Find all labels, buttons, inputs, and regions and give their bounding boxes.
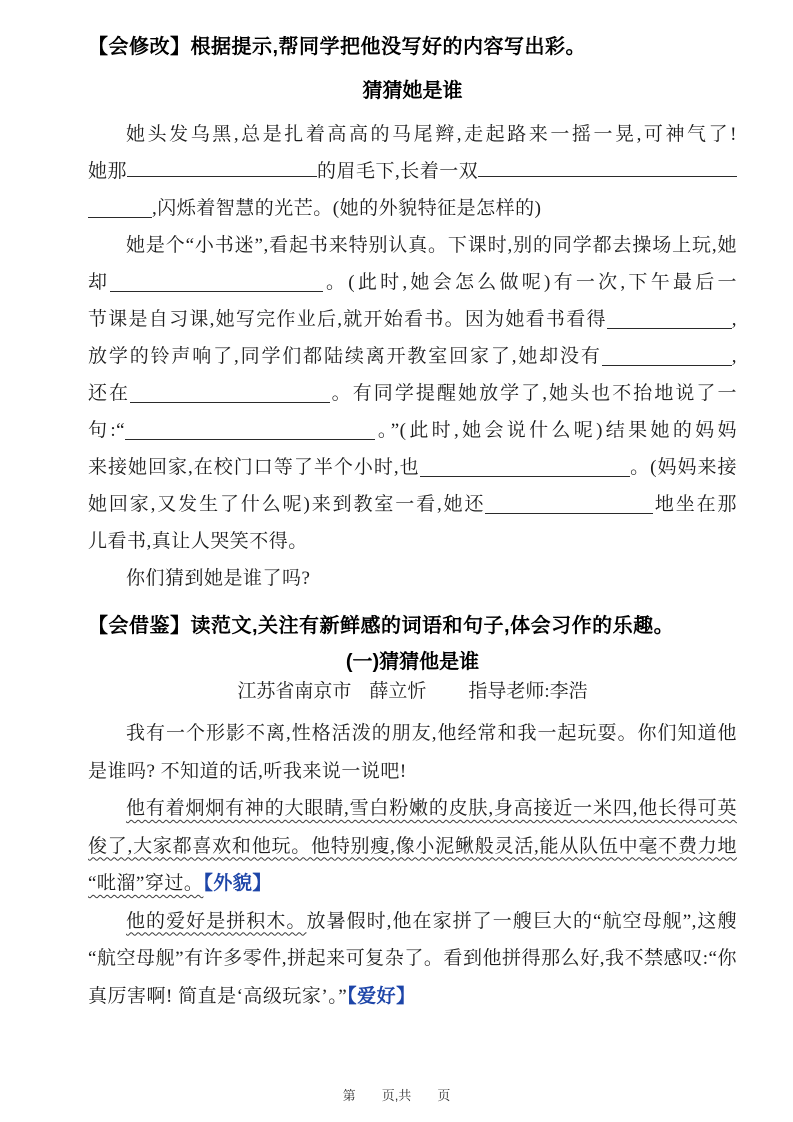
page-footer: 第页,共页 xyxy=(0,1085,793,1104)
blank-line xyxy=(110,290,323,292)
essay-text: 她那 xyxy=(88,153,127,190)
essay-line: 还在。有同学提醒她放学了,她头也不抬地说了一 xyxy=(88,375,737,412)
essay-line: 儿看书,真让人哭笑不得。 xyxy=(88,523,737,560)
essay-text: 节课是自习课,她写完作业后,就开始看书。因为她看书看得 xyxy=(88,309,607,330)
byline-place: 江苏省南京市 xyxy=(237,681,351,702)
tag-appearance: 【外貌】 xyxy=(203,873,272,894)
blank-line xyxy=(602,364,732,366)
essay-text: 。”(此时,她会说什么呢)结果她的妈妈 xyxy=(375,420,737,441)
blank-line xyxy=(420,475,630,477)
blank-line xyxy=(88,216,152,218)
worksheet-page: 【会修改】根据提示,帮同学把他没写好的内容写出彩。 猜猜她是谁 她头发乌黑,总是… xyxy=(0,0,793,1122)
section2-header: 【会借鉴】读范文,关注有新鲜感的词语和句子,体会习作的乐趣。 xyxy=(88,611,737,641)
essay-line: 却。(此时,她会怎么做呢)有一次,下午最后一 xyxy=(88,264,737,301)
essay-line: 她回家,又发生了什么呢)来到教室一看,她还地坐在那 xyxy=(88,486,737,523)
model-paragraph-intro: 我有一个形影不离,性格活泼的朋友,他经常和我一起玩耍。你们知道他是谁吗? 不知道… xyxy=(88,715,737,790)
essay-line: 她那的眉毛下,长着一双 xyxy=(88,153,737,190)
blank-line xyxy=(607,327,732,329)
essay-text: 你们猜到她是谁了吗? xyxy=(126,568,310,589)
essay-text: 她回家,又发生了什么呢)来到教室一看,她还 xyxy=(88,494,485,515)
fill-in-essay: 她头发乌黑,总是扎着高高的马尾辫,走起路来一摇一晃,可神气了! 她那的眉毛下,长… xyxy=(88,116,737,597)
essay-text: 。(此时,她会怎么做呢)有一次,下午最后一 xyxy=(323,272,737,293)
tag-hobby: 【爱好】 xyxy=(347,986,416,1007)
essay-text: ,闪烁着智慧的光芒。(她的外貌特征是怎样的) xyxy=(152,198,541,219)
essay-text: 句:“ xyxy=(88,420,125,441)
blank-line xyxy=(478,175,737,177)
essay-line: 她头发乌黑,总是扎着高高的马尾辫,走起路来一摇一晃,可神气了! xyxy=(88,116,737,153)
underlined-text: 他有着炯炯有神的大眼睛,雪白粉嫩的皮肤,身高接近一米四,他长得可英俊了,大家都喜… xyxy=(88,798,737,894)
essay-line: ,闪烁着智慧的光芒。(她的外貌特征是怎样的) xyxy=(88,190,737,227)
footer-label-pages: 页 xyxy=(437,1088,450,1103)
essay-text: 却 xyxy=(88,272,110,293)
essay-text: 地坐在那 xyxy=(653,494,737,515)
essay-text: 。有同学提醒她放学了,她头也不抬地说了一 xyxy=(330,383,737,404)
blank-line xyxy=(125,438,375,440)
blank-line xyxy=(127,175,317,177)
essay-text: , xyxy=(732,346,737,367)
footer-label-of: 页,共 xyxy=(382,1088,412,1103)
byline-author: 薛立忻 xyxy=(369,681,426,702)
essay-text: , xyxy=(732,309,737,330)
essay-line: 放学的铃声响了,同学们都陆续离开教室回家了,她却没有, xyxy=(88,338,737,375)
essay-text: 放学的铃声响了,同学们都陆续离开教室回家了,她却没有 xyxy=(88,346,602,367)
byline-teacher: 指导老师:李浩 xyxy=(468,681,587,702)
essay-text: 她头发乌黑,总是扎着高高的马尾辫,走起路来一摇一晃,可神气了! xyxy=(126,124,737,145)
byline: 江苏省南京市薛立忻指导老师:李浩 xyxy=(88,677,737,707)
model-paragraph-appearance: 他有着炯炯有神的大眼睛,雪白粉嫩的皮肤,身高接近一米四,他长得可英俊了,大家都喜… xyxy=(88,790,737,903)
blank-line xyxy=(485,512,653,514)
blank-line xyxy=(130,401,330,403)
essay-text: 还在 xyxy=(88,383,130,404)
section1-header: 【会修改】根据提示,帮同学把他没写好的内容写出彩。 xyxy=(88,32,737,62)
model-paragraph-hobby: 他的爱好是拼积木。放暑假时,他在家拼了一艘巨大的“航空母舰”,这艘“航空母舰”有… xyxy=(88,903,737,1016)
essay-line: 句:“。”(此时,她会说什么呢)结果她的妈妈 xyxy=(88,412,737,449)
essay-line: 节课是自习课,她写完作业后,就开始看书。因为她看书看得, xyxy=(88,301,737,338)
essay-line: 你们猜到她是谁了吗? xyxy=(88,560,737,597)
section2-essay-title: (一)猜猜他是谁 xyxy=(88,647,737,677)
essay-text: 儿看书,真让人哭笑不得。 xyxy=(88,531,308,552)
essay-text: 她是个“小书迷”,看起书来特别认真。下课时,别的同学都去操场上玩,她 xyxy=(126,235,737,256)
essay-text: 。(妈妈来接 xyxy=(630,457,737,478)
essay-line: 来接她回家,在校门口等了半个小时,也。(妈妈来接 xyxy=(88,449,737,486)
essay-text: 来接她回家,在校门口等了半个小时,也 xyxy=(88,457,420,478)
footer-label-page: 第 xyxy=(343,1088,356,1103)
essay-line: 她是个“小书迷”,看起书来特别认真。下课时,别的同学都去操场上玩,她 xyxy=(88,227,737,264)
essay-text: 的眉毛下,长着一双 xyxy=(317,153,478,190)
section1-essay-title: 猜猜她是谁 xyxy=(88,76,737,106)
underlined-text: 他的爱好是拼积木。 xyxy=(126,911,306,932)
model-essay: 我有一个形影不离,性格活泼的朋友,他经常和我一起玩耍。你们知道他是谁吗? 不知道… xyxy=(88,715,737,1015)
